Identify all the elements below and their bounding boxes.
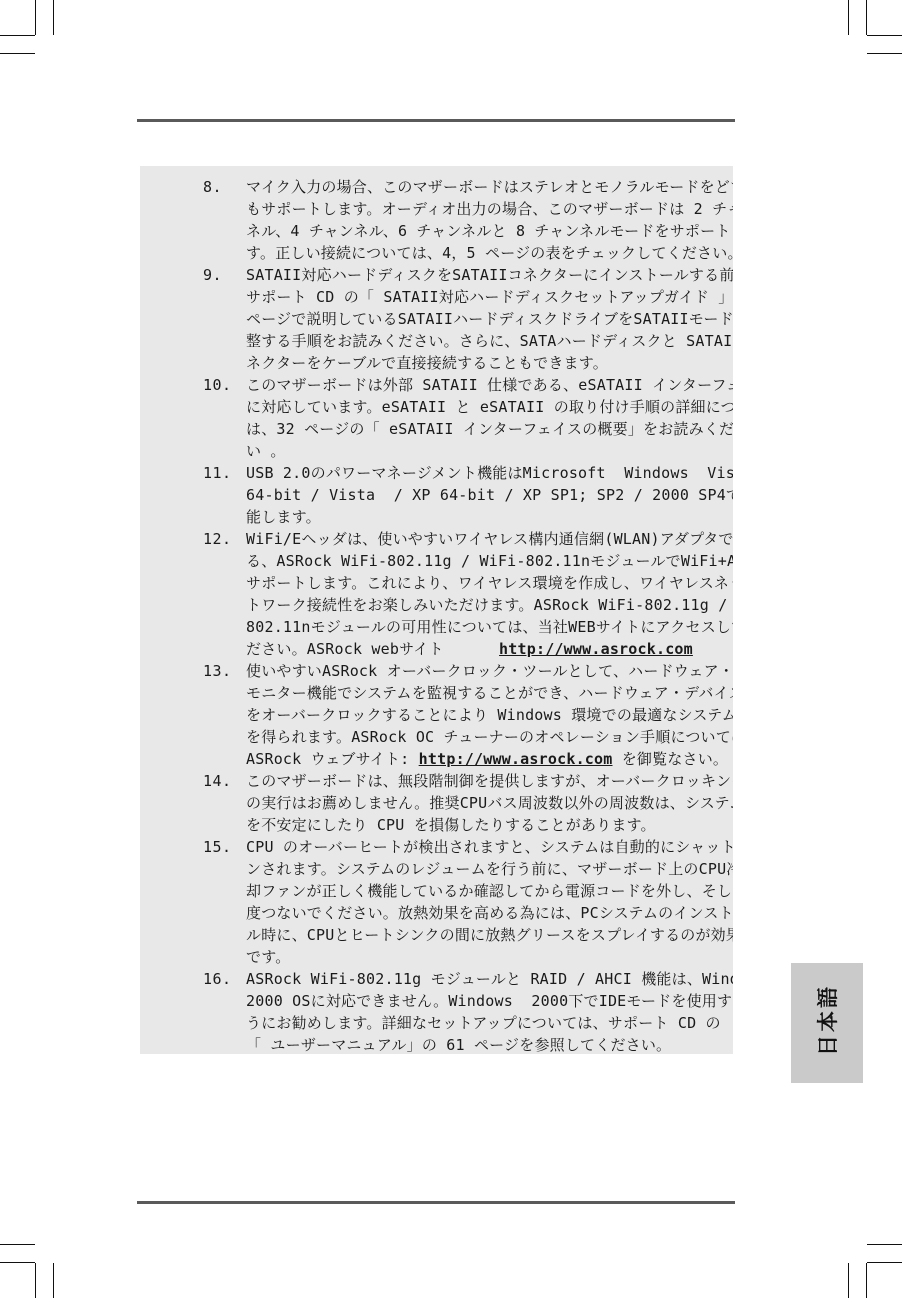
note-line: です。 — [246, 946, 733, 968]
language-tab-japanese: 日本語 — [791, 963, 863, 1083]
note-line: ネル、4 チャンネル、6 チャンネルと 8 チャンネルモードをサポートしま — [246, 220, 733, 242]
note-line: 整する手順をお読みください。さらに、SATAハードディスクと SATAIIコ — [246, 330, 733, 352]
note-text: ASRock WiFi-802.11g モジュールと RAID / AHCI 機… — [246, 968, 733, 1054]
note-number: 9. — [203, 264, 246, 286]
note-item: 13.使いやすいASRock オーバークロック・ツールとして、ハードウェア・モニ… — [203, 660, 729, 770]
note-number: 11. — [203, 462, 246, 484]
asrock-website-link[interactable]: http://www.asrock.com — [499, 640, 693, 658]
note-text: このマザーボードは外部 SATAII 仕様である、eSATAII インターフェイ… — [246, 374, 733, 462]
note-line: 能します。 — [246, 506, 733, 528]
note-line: 64-bit / Vista / XP 64-bit / XP SP1; SP2… — [246, 484, 733, 506]
note-line: を得られます。ASRock OC チューナーのオペレーション手順については、 — [246, 726, 733, 748]
note-line: サポートします。これにより、ワイヤレス環境を作成し、ワイヤレスネッ — [246, 572, 733, 594]
note-line: をオーバークロックすることにより Windows 環境での最適なシステム性能 — [246, 704, 733, 726]
note-line: の実行はお薦めしません。推奨CPUバス周波数以外の周波数は、システム — [246, 792, 733, 814]
note-number: 15. — [203, 836, 246, 858]
note-line: USB 2.0のパワーマネージメント機能はMicrosoft Windows V… — [246, 462, 733, 484]
note-number: 13. — [203, 660, 246, 682]
note-line: ださい。ASRock webサイト http://www.asrock.com — [246, 638, 733, 660]
note-line: サポート CD の「 SATAII対応ハードディスクセットアップガイド 」の40 — [246, 286, 733, 308]
note-item: 10.このマザーボードは外部 SATAII 仕様である、eSATAII インター… — [203, 374, 729, 462]
note-text: SATAII対応ハードディスクをSATAIIコネクターにインストールする前に、サ… — [246, 264, 733, 374]
note-line: ASRock ウェブサイト: http://www.asrock.com を御覧… — [246, 748, 733, 770]
note-item: 15.CPU のオーバーヒートが検出されますと、システムは自動的にシャットダウン… — [203, 836, 729, 968]
note-item: 8.マイク入力の場合、このマザーボードはステレオとモノラルモードをどちらもサポー… — [203, 176, 729, 264]
note-line: 却ファンが正しく機能しているか確認してから電源コードを外し、そして再 — [246, 880, 733, 902]
note-line: ネクターをケーブルで直接接続することもできます。 — [246, 352, 733, 374]
note-line: は、32 ページの「 eSATAII インターフェイスの概要」をお読みくださ — [246, 418, 733, 440]
note-text: 使いやすいASRock オーバークロック・ツールとして、ハードウェア・モニター機… — [246, 660, 733, 770]
note-line: もサポートします。オーディオ出力の場合、このマザーボードは 2 チャン — [246, 198, 733, 220]
header-rule — [137, 119, 735, 122]
note-line: このマザーボードは外部 SATAII 仕様である、eSATAII インターフェイ… — [246, 374, 733, 396]
note-item: 16.ASRock WiFi-802.11g モジュールと RAID / AHC… — [203, 968, 729, 1054]
note-line: WiFi/Eヘッダは、使いやすいワイヤレス構内通信網(WLAN)アダプタであ — [246, 528, 733, 550]
notes-panel: 8.マイク入力の場合、このマザーボードはステレオとモノラルモードをどちらもサポー… — [140, 166, 733, 1054]
note-item: 9.SATAII対応ハードディスクをSATAIIコネクターにインストールする前に… — [203, 264, 729, 374]
note-line: に対応しています。eSATAII と eSATAII の取り付け手順の詳細につい… — [246, 396, 733, 418]
note-line: モニター機能でシステムを監視することができ、ハードウェア・デバイス — [246, 682, 733, 704]
note-line: ページで説明しているSATAIIハードディスクドライブをSATAIIモードに調 — [246, 308, 733, 330]
note-number: 14. — [203, 770, 246, 792]
footer-rule — [137, 1201, 735, 1204]
note-line: トワーク接続性をお楽しみいただけます。ASRock WiFi-802.11g /… — [246, 594, 733, 616]
note-text: USB 2.0のパワーマネージメント機能はMicrosoft Windows V… — [246, 462, 733, 528]
asrock-website-link[interactable]: http://www.asrock.com — [419, 750, 613, 768]
note-line: うにお勧めします。詳細なセットアップについては、サポート CD の — [246, 1012, 733, 1034]
note-number: 10. — [203, 374, 246, 396]
note-line: ル時に、CPUとヒートシンクの間に放熱グリースをスプレイするのが効果的 — [246, 924, 733, 946]
note-number: 16. — [203, 968, 246, 990]
note-line: 「 ユーザーマニュアル」の 61 ページを参照してください。 — [246, 1034, 733, 1054]
note-line: を不安定にしたり CPU を損傷したりすることがあります。 — [246, 814, 733, 836]
note-item: 11.USB 2.0のパワーマネージメント機能はMicrosoft Window… — [203, 462, 729, 528]
note-line: 度つないでください。放熱効果を高める為には、PCシステムのインストー — [246, 902, 733, 924]
note-line: 使いやすいASRock オーバークロック・ツールとして、ハードウェア・ — [246, 660, 733, 682]
note-line: ASRock WiFi-802.11g モジュールと RAID / AHCI 機… — [246, 968, 733, 990]
note-line: ンされます。システムのレジュームを行う前に、マザーボード上のCPU冷 — [246, 858, 733, 880]
note-text: CPU のオーバーヒートが検出されますと、システムは自動的にシャットダウンされま… — [246, 836, 733, 968]
notes-list: 8.マイク入力の場合、このマザーボードはステレオとモノラルモードをどちらもサポー… — [203, 176, 729, 1054]
note-line: い 。 — [246, 440, 733, 462]
note-line: このマザーボードは、無段階制御を提供しますが、オーバークロッキング — [246, 770, 733, 792]
note-text: マイク入力の場合、このマザーボードはステレオとモノラルモードをどちらもサポートし… — [246, 176, 733, 264]
note-line: 2000 OSに対応できません。Windows 2000下でIDEモードを使用す… — [246, 990, 733, 1012]
note-line: る、ASRock WiFi-802.11g / WiFi-802.11nモジュー… — [246, 550, 733, 572]
note-text: WiFi/Eヘッダは、使いやすいワイヤレス構内通信網(WLAN)アダプタである、… — [246, 528, 733, 660]
note-line: SATAII対応ハードディスクをSATAIIコネクターにインストールする前に、 — [246, 264, 733, 286]
note-line: 802.11nモジュールの可用性については、当社WEBサイトにアクセスしてく — [246, 616, 733, 638]
note-line: マイク入力の場合、このマザーボードはステレオとモノラルモードをどちら — [246, 176, 733, 198]
note-number: 12. — [203, 528, 246, 550]
note-text: このマザーボードは、無段階制御を提供しますが、オーバークロッキングの実行はお薦め… — [246, 770, 733, 836]
note-number: 8. — [203, 176, 246, 198]
note-item: 14.このマザーボードは、無段階制御を提供しますが、オーバークロッキングの実行は… — [203, 770, 729, 836]
note-line: CPU のオーバーヒートが検出されますと、システムは自動的にシャットダウ — [246, 836, 733, 858]
note-line: す。正しい接続については、4，5 ページの表をチェックしてください。 — [246, 242, 733, 264]
language-tab-label: 日本語 — [812, 984, 842, 1056]
note-item: 12.WiFi/Eヘッダは、使いやすいワイヤレス構内通信網(WLAN)アダプタで… — [203, 528, 729, 660]
